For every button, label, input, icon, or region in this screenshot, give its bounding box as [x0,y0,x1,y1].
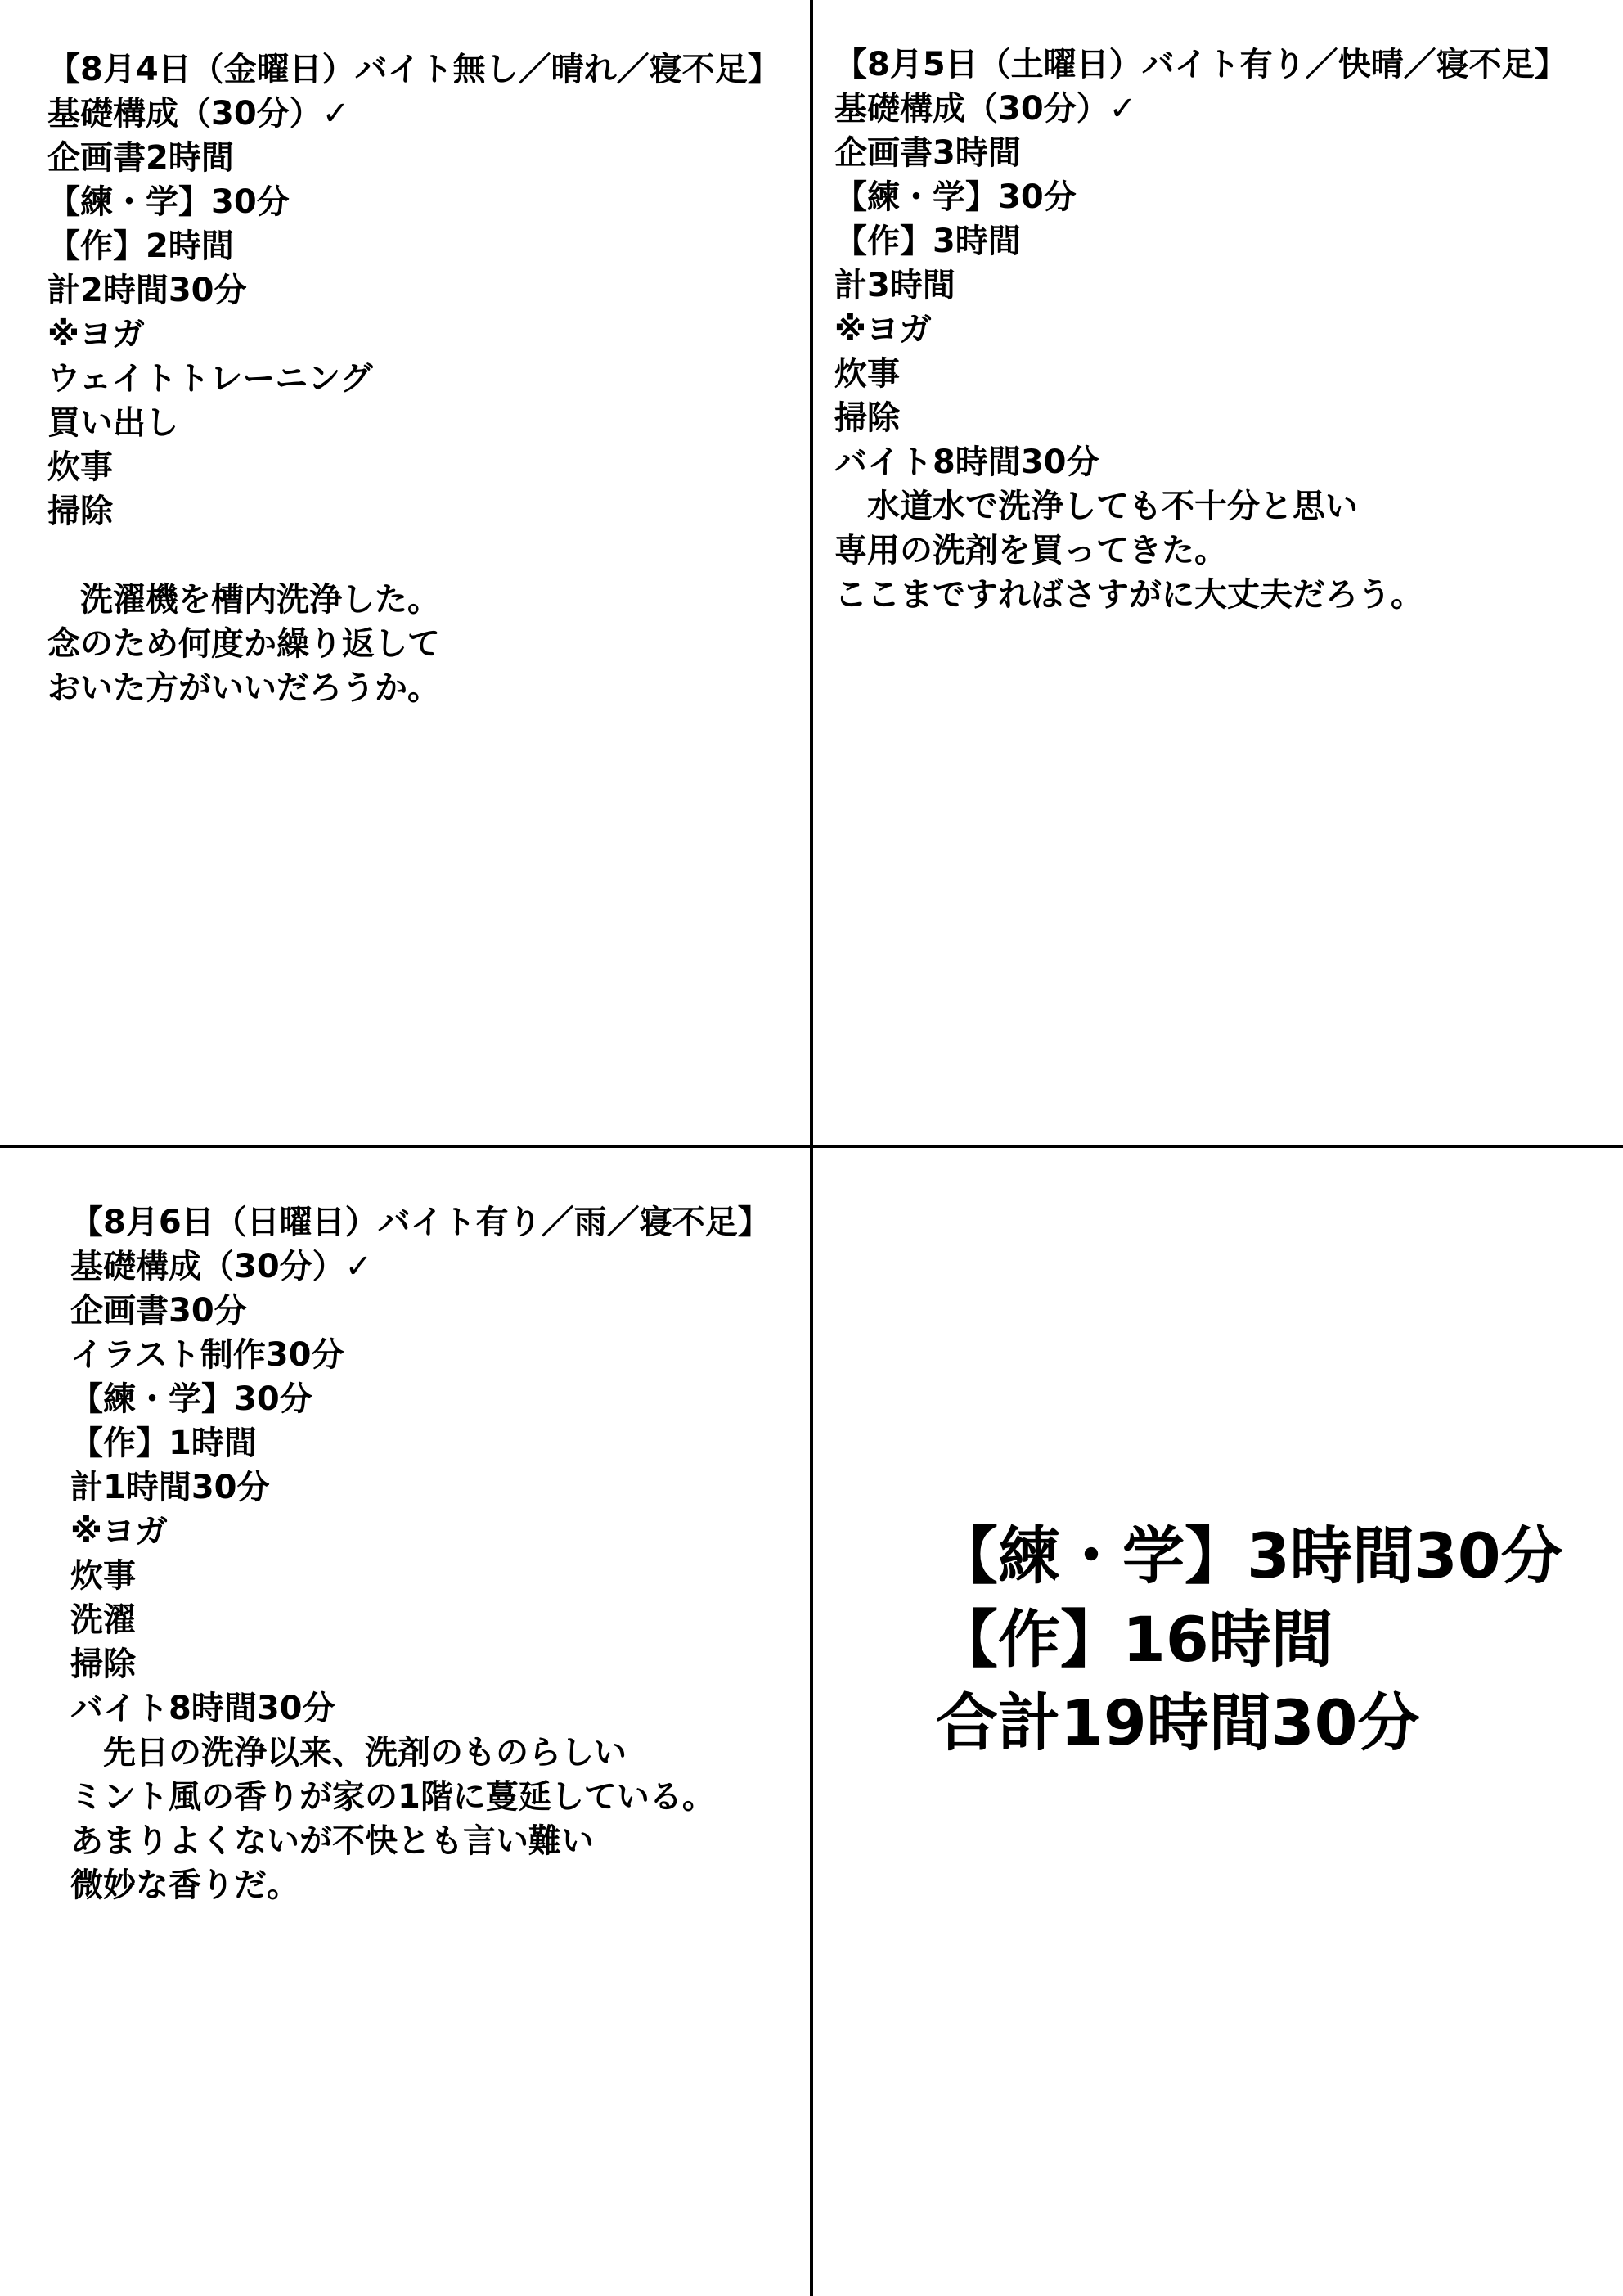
diary-page: 【8月4日（金曜日）バイト無し／晴れ／寝不足】基礎構成（30分）✓企画書2時間【… [0,0,1623,2296]
text-line: 基礎構成（30分）✓ [47,92,802,136]
diary-entry-aug4: 【8月4日（金曜日）バイト無し／晴れ／寝不足】基礎構成（30分）✓企画書2時間【… [0,0,810,1145]
text-line: 炊事 [70,1554,802,1598]
text-line: 【練・学】30分 [47,180,802,224]
text-line: 【作】2時間 [47,224,802,268]
text-line: バイト8時間30分 [834,440,1615,484]
text-line: 炊事 [834,352,1615,396]
weekly-summary: 【練・学】3時間30分【作】16時間合計19時間30分 [813,1148,1623,2296]
text-line: 【練・学】30分 [70,1377,802,1421]
text-line: 【練・学】3時間30分 [936,1515,1615,1598]
text-line: 基礎構成（30分）✓ [834,87,1615,131]
text-line: 【8月5日（土曜日）バイト有り／快晴／寝不足】 [834,43,1615,87]
text-line: 微妙な香りだ。 [70,1863,802,1907]
text-line: 合計19時間30分 [936,1681,1615,1765]
text-line: 掃除 [70,1642,802,1686]
text-line: 企画書3時間 [834,131,1615,175]
text-line: 買い出し [47,401,802,445]
text-line: ※ヨガ [70,1510,802,1554]
text-line: バイト8時間30分 [70,1686,802,1731]
text-line: 炊事 [47,445,802,489]
text-line: 掃除 [47,489,802,533]
text-line: 念のため何度か繰り返して [47,622,802,666]
text-line: 先日の洗浄以来、洗剤のものらしい [70,1731,802,1775]
text-line: 【練・学】30分 [834,175,1615,219]
text-line: ※ヨガ [834,308,1615,352]
text-line: 基礎構成（30分）✓ [70,1245,802,1289]
text-line: 掃除 [834,396,1615,440]
text-line: 計3時間 [834,263,1615,308]
text-line: 【8月6日（日曜日）バイト有り／雨／寝不足】 [70,1200,802,1245]
text-line: ここまですればさすがに大丈夫だろう。 [834,573,1615,617]
text-line: イラスト制作30分 [70,1333,802,1377]
text-line: ※ヨガ [47,313,802,357]
text-line: 水道水で洗浄しても不十分と思い [834,484,1615,529]
text-line: 【作】3時間 [834,219,1615,263]
text-line: 企画書30分 [70,1289,802,1333]
text-line: 【作】1時間 [70,1421,802,1465]
text-line: おいた方がいいだろうか。 [47,666,802,710]
text-line: 洗濯 [70,1598,802,1642]
text-line: ウェイトトレーニング [47,357,802,401]
text-line: 【8月4日（金曜日）バイト無し／晴れ／寝不足】 [47,47,802,92]
text-line: 計1時間30分 [70,1465,802,1510]
horizontal-divider [0,1145,1623,1148]
text-line: 企画書2時間 [47,136,802,180]
diary-entry-aug5: 【8月5日（土曜日）バイト有り／快晴／寝不足】基礎構成（30分）✓企画書3時間【… [813,0,1623,1145]
text-line: ミント風の香りが家の1階に蔓延している。 [70,1775,802,1819]
text-line [47,533,802,578]
text-line: 計2時間30分 [47,268,802,313]
diary-entry-aug6: 【8月6日（日曜日）バイト有り／雨／寝不足】基礎構成（30分）✓企画書30分イラ… [0,1148,810,2296]
text-line: 専用の洗剤を買ってきた。 [834,529,1615,573]
vertical-divider [810,0,813,2296]
text-line: 【作】16時間 [936,1598,1615,1681]
text-line: 洗濯機を槽内洗浄した。 [47,578,802,622]
text-line: あまりよくないが不快とも言い難い [70,1819,802,1863]
